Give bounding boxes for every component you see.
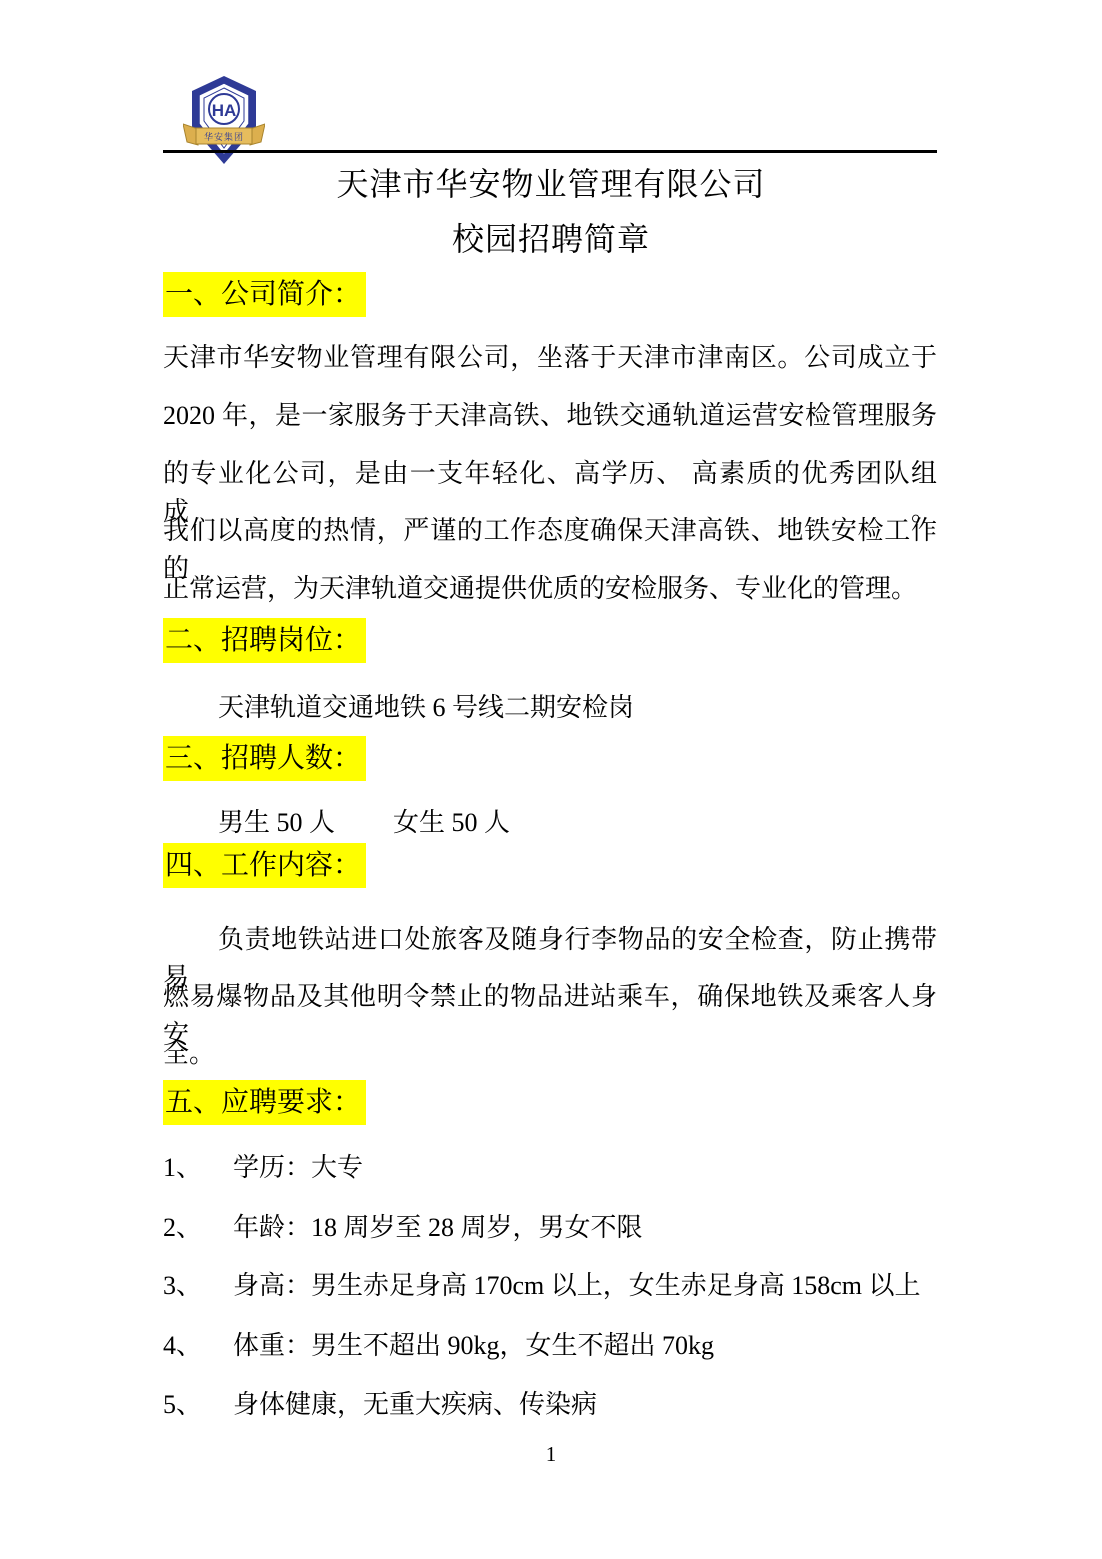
section-heading-position: 二、招聘岗位： (163, 618, 366, 663)
logo-monogram: HA (212, 101, 237, 120)
requirement-text: 身体健康，无重大疾病、传染病 (233, 1390, 597, 1419)
requirement-text: 身高：男生赤足身高 170cm 以上，女生赤足身高 158cm 以上 (233, 1271, 921, 1300)
duty-line-3: 全。 (163, 1035, 937, 1073)
header-divider (163, 150, 937, 153)
section-heading-headcount: 三、招聘人数： (163, 736, 366, 781)
intro-line-5: 正常运营，为天津轨道交通提供优质的安检服务、专业化的管理。 (163, 570, 937, 608)
requirement-text: 体重：男生不超出 90kg，女生不超出 70kg (233, 1331, 714, 1360)
section-heading-job-duty: 四、工作内容： (163, 843, 366, 888)
male-headcount: 男生 50 人 (218, 808, 335, 837)
document-subtitle: 校园招聘简章 (0, 219, 1102, 259)
requirement-item-5: 5、身体健康，无重大疾病、传染病 (163, 1386, 937, 1424)
headcount-line: 男生 50 人女生 50 人 (163, 804, 937, 842)
female-headcount: 女生 50 人 (393, 808, 510, 837)
requirement-number: 4、 (163, 1327, 233, 1365)
requirement-number: 3、 (163, 1267, 233, 1305)
document-page: HA 华安集团 天津市华安物业管理有限公司 校园招聘简章 一、公司简介： 天津市… (0, 0, 1102, 1559)
requirement-item-3: 3、身高：男生赤足身高 170cm 以上，女生赤足身高 158cm 以上 (163, 1267, 937, 1305)
requirement-item-4: 4、体重：男生不超出 90kg，女生不超出 70kg (163, 1327, 937, 1365)
section-heading-company-intro: 一、公司简介： (163, 272, 366, 317)
requirement-text: 学历：大专 (233, 1153, 363, 1182)
requirement-text: 年龄：18 周岁至 28 周岁，男女不限 (233, 1213, 643, 1242)
company-logo: HA 华安集团 (183, 74, 265, 168)
position-line: 天津轨道交通地铁 6 号线二期安检岗 (163, 689, 937, 727)
logo-banner-text: 华安集团 (204, 131, 244, 142)
requirement-item-2: 2、年龄：18 周岁至 28 周岁，男女不限 (163, 1209, 937, 1247)
intro-line-1: 天津市华安物业管理有限公司，坐落于天津市津南区。公司成立于 (163, 339, 937, 377)
requirement-number: 1、 (163, 1149, 233, 1187)
requirement-number: 5、 (163, 1386, 233, 1424)
page-number: 1 (0, 1442, 1102, 1467)
intro-line-2: 2020 年，是一家服务于天津高铁、地铁交通轨道运营安检管理服务 (163, 397, 937, 435)
requirement-number: 2、 (163, 1209, 233, 1247)
section-heading-requirements: 五、应聘要求： (163, 1080, 366, 1125)
company-title: 天津市华安物业管理有限公司 (0, 164, 1102, 204)
requirement-item-1: 1、学历：大专 (163, 1149, 937, 1187)
